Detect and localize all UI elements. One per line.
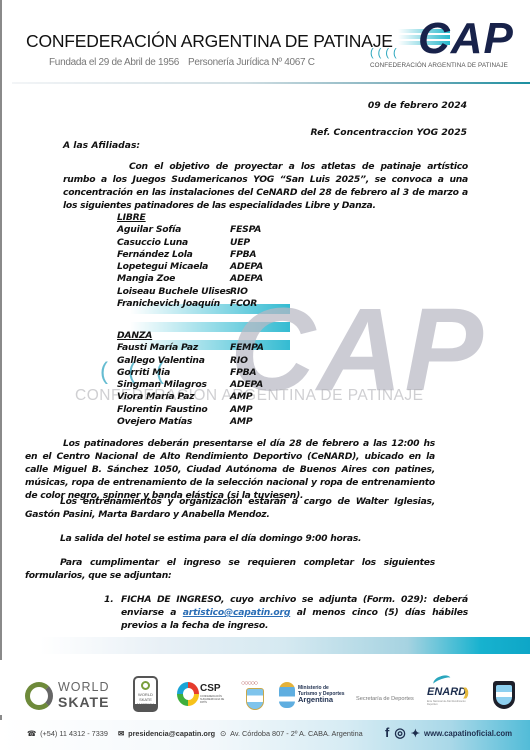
list-item: Gallego ValentinaRIO — [117, 355, 317, 367]
athlete-name: Aguilar Sofía — [117, 224, 230, 236]
twitter-icon[interactable]: ✦ — [411, 728, 420, 740]
letter-date: 09 de febrero 2024 — [368, 100, 467, 111]
list-item: Ovejero MatíasAMP — [117, 416, 317, 428]
secretaria-deportes-logo: Secretaría de Deportes — [356, 696, 414, 702]
cap-logo: (((( CAP CONFEDERACIÓN ARGENTINA DE PATI… — [370, 20, 530, 78]
athlete-name: Loiseau Buchele Ulises — [117, 286, 230, 298]
world-skate-swirl-icon — [25, 682, 53, 710]
ministerio-text: Ministerio de Turismo y Deportes Argenti… — [298, 685, 345, 704]
list-heading: DANZA — [117, 330, 317, 342]
olympic-rings-icon: ○○○○○ — [241, 680, 257, 687]
list-heading: LIBRE — [117, 212, 317, 224]
athlete-name: Singman Milagros — [117, 379, 230, 391]
olympic-committee-logo: ○○○○○ — [241, 680, 269, 714]
athlete-name: Ovejero Matías — [117, 416, 230, 428]
list-item: Casuccio LunaUEP — [117, 237, 317, 249]
footer-address: ⊙Av. Córdoba 807 - 2º A. CABA. Argentina — [220, 729, 363, 738]
list-item: Mangia ZoeADEPA — [117, 273, 317, 285]
list-item: Lopetegui MicaelaADEPA — [117, 261, 317, 273]
paragraph-forms: Para cumplimentar el ingreso se requiere… — [25, 556, 435, 582]
paragraph-departure: La salida del hotel se estima para el dí… — [25, 532, 435, 545]
athlete-club: FESPA — [230, 224, 261, 236]
organization-subtitle: Fundada el 29 de Abril de 1956Personería… — [49, 57, 315, 68]
list-item: Fernández LolaFPBA — [117, 249, 317, 261]
enard-rings-icon: ))) — [463, 685, 466, 699]
national-coat-of-arms-icon — [279, 682, 295, 708]
list-item: Aguilar SofíaFESPA — [117, 224, 317, 236]
athlete-name: Fausti María Paz — [117, 342, 230, 354]
paragraph-arrival: Los patinadores deberán presentarse el d… — [25, 437, 435, 502]
phone-text: (+54) 11 4312 - 7339 — [40, 729, 108, 738]
organization-title: CONFEDERACIÓN ARGENTINA DE PATINAJE — [26, 31, 393, 52]
list-item: Loiseau Buchele UlisesRIO — [117, 286, 317, 298]
world-skate-logo: WORLD SKATE — [25, 678, 120, 712]
athlete-list-danza: DANZA Fausti María PazFEMPA Gallego Vale… — [117, 330, 317, 428]
athlete-name: Mangia Zoe — [117, 273, 230, 285]
list-item: Viora María PazAMP — [117, 391, 317, 403]
argentina-shield-icon — [246, 688, 264, 710]
athlete-club: FPBA — [230, 249, 256, 261]
logo-text: CAP — [418, 14, 514, 64]
athlete-club: ADEPA — [230, 273, 263, 285]
list-item: Singman MilagrosADEPA — [117, 379, 317, 391]
header-divider — [12, 82, 530, 84]
list-item: Fausti María PazFEMPA — [117, 342, 317, 354]
list-item: Franichevich JoaquínFCOR — [117, 298, 317, 310]
instagram-icon[interactable]: ◎ — [394, 725, 405, 740]
athlete-name: Viora María Paz — [117, 391, 230, 403]
logo-arcs-icon: (((( — [370, 47, 401, 59]
page-left-edge — [0, 0, 2, 750]
enard-subtext: Ente Nacional de Alto Rendimiento Deport… — [427, 700, 475, 706]
athlete-club: RIO — [230, 286, 248, 298]
form-item-number: 1. — [104, 593, 113, 606]
enard-text: ENARD — [427, 686, 466, 698]
csp-text: CSP — [200, 683, 221, 694]
athlete-club: AMP — [230, 391, 252, 403]
paragraph-staff: Los entrenamientos y organización estará… — [25, 495, 435, 521]
csp-logo: CSP CONFEDERACIÓN SUDAMERICANA DE PATÍN — [177, 682, 227, 708]
ministerio-line3: Argentina — [298, 695, 333, 704]
address-text: Av. Córdoba 807 - 2º A. CABA. Argentina — [230, 729, 363, 738]
list-item: Florentin FaustinoAMP — [117, 404, 317, 416]
athlete-club: AMP — [230, 416, 252, 428]
list-item: Gorriti MiaFPBA — [117, 367, 317, 379]
athlete-club: RIO — [230, 355, 248, 367]
logo-subtitle: CONFEDERACIÓN ARGENTINA DE PATINAJE — [370, 62, 508, 69]
email-icon: ✉ — [118, 729, 124, 738]
athlete-name: Casuccio Luna — [117, 237, 230, 249]
footer-email[interactable]: ✉presidencia@capatin.org — [118, 729, 215, 738]
email-text[interactable]: presidencia@capatin.org — [128, 729, 215, 738]
athlete-club: AMP — [230, 404, 252, 416]
form-email-link[interactable]: artistico@capatin.org — [183, 607, 290, 618]
athlete-club: UEP — [230, 237, 250, 249]
legal-registration: Personería Jurídica Nº 4067 C — [188, 57, 315, 68]
athlete-list-libre: LIBRE Aguilar SofíaFESPA Casuccio LunaUE… — [117, 212, 317, 310]
athlete-name: Florentin Faustino — [117, 404, 230, 416]
athlete-club: ADEPA — [230, 379, 263, 391]
world-skate-line2: SKATE — [58, 694, 109, 710]
footer-sponsor-logos: WORLD SKATE WORLD SKATE AMERICA CSP CONF… — [0, 660, 530, 715]
athlete-name: Franichevich Joaquín — [117, 298, 230, 310]
social-icons: f◎✦ — [385, 725, 425, 741]
athlete-name: Gallego Valentina — [117, 355, 230, 367]
footer-contact-bar: ☎(+54) 11 4312 - 7339 ✉presidencia@capat… — [0, 720, 530, 750]
phone-icon: ☎ — [27, 729, 36, 738]
athlete-name: Lopetegui Micaela — [117, 261, 230, 273]
paragraph-intro: Con el objetivo de proyectar a los atlet… — [63, 160, 468, 212]
form-item-text: FICHA DE INGRESO, cuyo archivo se adjunt… — [121, 593, 468, 632]
world-skate-line1: WORLD — [58, 680, 110, 694]
athlete-club: FCOR — [230, 298, 257, 310]
facebook-icon[interactable]: f — [385, 725, 389, 740]
csp-subtext: CONFEDERACIÓN SUDAMERICANA DE PATÍN — [200, 695, 227, 704]
athlete-name: Gorriti Mia — [117, 367, 230, 379]
athlete-name: Fernández Lola — [117, 249, 230, 261]
location-icon: ⊙ — [220, 729, 226, 738]
letter-reference: Ref. Concentraccion YOG 2025 — [310, 127, 467, 138]
athlete-club: ADEPA — [230, 261, 263, 273]
world-skate-america-swirl-icon — [141, 681, 150, 690]
footer-gradient-band — [40, 637, 530, 654]
enard-logo: ENARD ))) Ente Nacional de Alto Rendimie… — [425, 676, 475, 716]
footer-phone: ☎(+54) 11 4312 - 7339 — [27, 729, 108, 738]
athlete-club: FPBA — [230, 367, 256, 379]
federation-shield-logo — [493, 681, 515, 709]
founded-date: Fundada el 29 de Abril de 1956 — [49, 57, 179, 68]
csp-ring-icon — [177, 682, 199, 706]
athlete-club: FEMPA — [230, 342, 264, 354]
letter-salutation: A las Afiliadas: — [63, 140, 140, 151]
world-skate-america-logo: WORLD SKATE AMERICA — [133, 676, 158, 712]
form-item: 1. FICHA DE INGRESO, cuyo archivo se adj… — [104, 593, 468, 632]
footer-website[interactable]: www.capatinoficial.com — [424, 729, 512, 738]
